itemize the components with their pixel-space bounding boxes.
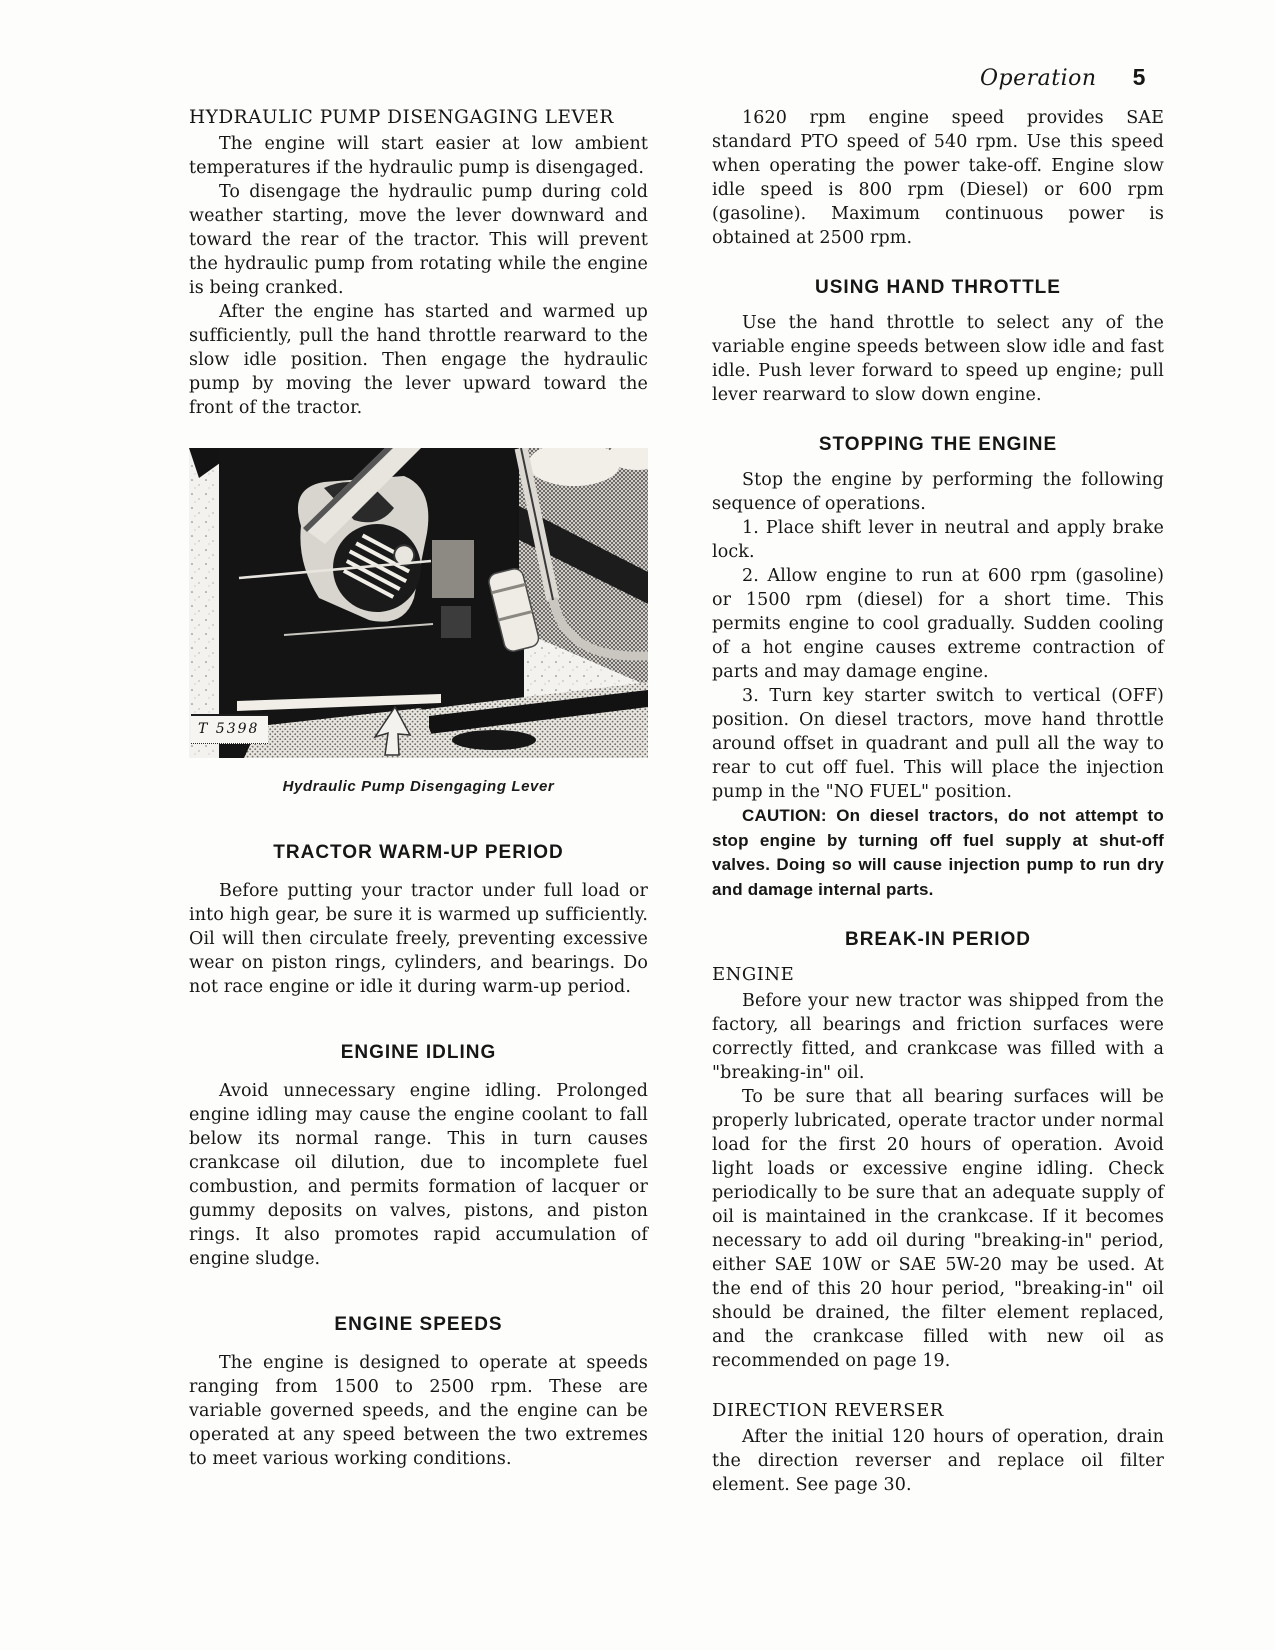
figure-caption: Hydraulic Pump Disengaging Lever [189, 775, 648, 799]
figure-hydraulic-lever: T 5398 Hydraulic Pump Disengaging Lever [189, 448, 648, 799]
paragraph: After the initial 120 hours of operation… [712, 1425, 1164, 1497]
heading-hydraulic-pump-lever: HYDRAULIC PUMP DISENGAGING LEVER [189, 106, 648, 130]
numbered-step: 2. Allow engine to run at 600 rpm (gasol… [712, 564, 1164, 684]
paragraph: Stop the engine by performing the follow… [712, 468, 1164, 516]
paragraph: To be sure that all bearing surfaces wil… [712, 1085, 1164, 1373]
page-number: 5 [1133, 64, 1146, 91]
paragraph: Before putting your tractor under full l… [189, 879, 648, 999]
paragraph: Use the hand throttle to select any of t… [712, 311, 1164, 407]
subheading-direction-reverser: DIRECTION REVERSER [712, 1399, 1164, 1423]
right-column: 1620 rpm engine speed provides SAE stand… [712, 106, 1164, 1497]
paragraph: The engine will start easier at low ambi… [189, 132, 648, 180]
heading-engine-idling: ENGINE IDLING [189, 1041, 648, 1065]
section-title: Operation [980, 66, 1097, 91]
heading-stopping-the-engine: STOPPING THE ENGINE [712, 433, 1164, 457]
manual-page: Operation 5 HYDRAULIC PUMP DISENGAGING L… [0, 0, 1275, 1650]
heading-tractor-warmup: TRACTOR WARM-UP PERIOD [189, 841, 648, 865]
tractor-photo: T 5398 [189, 448, 648, 758]
halftone-photo-graphic [189, 448, 648, 758]
paragraph: The engine is designed to operate at spe… [189, 1351, 648, 1471]
heading-break-in-period: BREAK-IN PERIOD [712, 928, 1164, 952]
heading-engine-speeds: ENGINE SPEEDS [189, 1313, 648, 1337]
subheading-engine: ENGINE [712, 963, 1164, 987]
caution-note: CAUTION: On diesel tractors, do not atte… [712, 804, 1164, 902]
paragraph: Avoid unnecessary engine idling. Prolong… [189, 1079, 648, 1271]
left-column: HYDRAULIC PUMP DISENGAGING LEVER The eng… [189, 106, 648, 1471]
running-header: Operation 5 [980, 64, 1190, 91]
photo-id-label: T 5398 [191, 714, 268, 744]
heading-using-hand-throttle: USING HAND THROTTLE [712, 276, 1164, 300]
paragraph: 1620 rpm engine speed provides SAE stand… [712, 106, 1164, 250]
paragraph: To disengage the hydraulic pump during c… [189, 180, 648, 300]
numbered-step: 3. Turn key starter switch to vertical (… [712, 684, 1164, 804]
paragraph: After the engine has started and warmed … [189, 300, 648, 420]
numbered-step: 1. Place shift lever in neutral and appl… [712, 516, 1164, 564]
paragraph: Before your new tractor was shipped from… [712, 989, 1164, 1085]
